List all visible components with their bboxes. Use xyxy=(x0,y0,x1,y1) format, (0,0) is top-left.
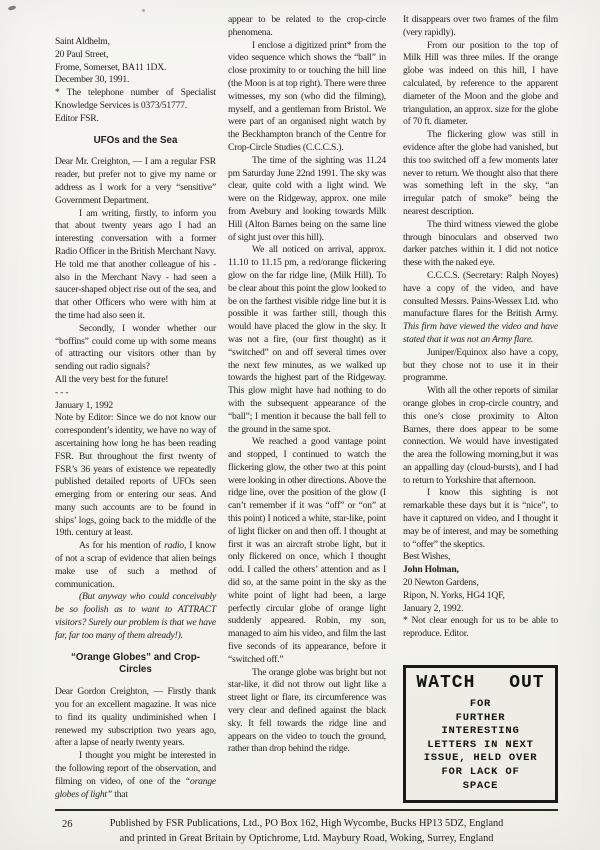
text-run: Saint Aldhelm, xyxy=(55,36,110,47)
text-line: January 1, 1992 xyxy=(55,400,216,413)
text-run: It disappears over two frames of the fil… xyxy=(403,14,558,38)
paragraph: I thought you might be interested in the… xyxy=(55,750,216,801)
text-run: - - - xyxy=(55,387,68,398)
paragraph: The time of the sighting was 11.24 pm Sa… xyxy=(228,155,386,245)
text-run: January 1, 1992 xyxy=(55,400,113,411)
footer: Published by FSR Publications, Ltd., PO … xyxy=(55,816,558,846)
text-run: Best Wishes, xyxy=(403,551,450,562)
text-line: Ripon, N. Yorks, HG4 1QF, xyxy=(403,590,558,603)
section-heading: UFOs and the Sea xyxy=(55,135,216,148)
text-run: December 30, 1991. xyxy=(55,74,129,85)
text-line: Best Wishes, xyxy=(403,551,558,564)
text-run: With all the other reports of similar or… xyxy=(403,385,558,486)
text-run: The orange globe was bright but not star… xyxy=(228,667,386,755)
scan-speck xyxy=(8,5,17,11)
text-line: All the very best for the future! xyxy=(55,374,216,387)
text-run: Ripon, N. Yorks, HG4 1QF, xyxy=(403,590,505,601)
text-line: 20 Paul Street, xyxy=(55,49,216,62)
text-run: Frome, Somerset, BA11 1DX. xyxy=(55,62,166,73)
watch-out-line: SPACE xyxy=(409,780,552,794)
text-run: Secondly, I wonder whether our “boffins”… xyxy=(55,323,216,372)
text-run: We all noticed on arrival, approx. 11.10… xyxy=(228,244,386,434)
text-run: 20 Paul Street, xyxy=(55,49,108,60)
paragraph: appear to be related to the crop-circle … xyxy=(228,14,386,40)
footer-rule xyxy=(55,809,558,811)
text-run: radio xyxy=(164,540,184,551)
paragraph: Juniper/Equinox also have a copy, but th… xyxy=(403,347,558,385)
letters-column-2: appear to be related to the crop-circle … xyxy=(228,14,386,756)
text-run: “Orange Globes” and Crop-Circles xyxy=(71,652,200,676)
text-run: We reached a good vantage point and stop… xyxy=(228,436,386,665)
paragraph: C.C.C.S. (Secretary: Ralph Noyes) have a… xyxy=(403,270,558,347)
text-run: January 2, 1992. xyxy=(403,603,463,614)
letters-column-1: Saint Aldhelm,20 Paul Street,Frome, Some… xyxy=(55,36,216,801)
paragraph: It disappears over two frames of the fil… xyxy=(403,14,558,40)
watch-out-line: ISSUE, HELD OVER xyxy=(409,752,552,766)
text-run: that xyxy=(112,789,128,800)
text-run: * The telephone number of Specialist Kno… xyxy=(55,87,216,111)
text-run: (But anyway who could conceivably be so … xyxy=(55,591,216,640)
magazine-page: Saint Aldhelm,20 Paul Street,Frome, Some… xyxy=(0,0,600,850)
paragraph: * Not clear enough for us to be able to … xyxy=(403,615,558,641)
text-line: John Holman, xyxy=(403,564,558,577)
watch-out-lines: FORFURTHERINTERESTINGLETTERS IN NEXTISSU… xyxy=(409,698,552,793)
text-line: Frome, Somerset, BA11 1DX. xyxy=(55,62,216,75)
text-run: This firm have viewed the video and have… xyxy=(403,321,558,345)
text-line: 20 Newton Gardens, xyxy=(403,577,558,590)
text-line: December 30, 1991. xyxy=(55,74,216,87)
watch-out-line: LETTERS IN NEXT xyxy=(409,739,552,753)
watch-out-title: WATCH OUT xyxy=(409,673,552,693)
paragraph: Dear Gordon Creighton, — Firstly thank y… xyxy=(55,686,216,750)
text-run: The time of the sighting was 11.24 pm Sa… xyxy=(228,155,386,243)
paragraph: I know this sighting is not remarkable t… xyxy=(403,487,558,551)
text-run: I know this sighting is not remarkable t… xyxy=(403,487,558,549)
text-run: Juniper/Equinox also have a copy, but th… xyxy=(403,347,558,384)
paragraph: I enclose a digitized print* from the vi… xyxy=(228,40,386,155)
paragraph: We reached a good vantage point and stop… xyxy=(228,436,386,666)
paragraph: We all noticed on arrival, approx. 11.10… xyxy=(228,244,386,436)
text-run: The third witness viewed the globe throu… xyxy=(403,219,558,268)
paragraph: From our position to the top of Milk Hil… xyxy=(403,40,558,130)
text-line: January 2, 1992. xyxy=(403,603,558,616)
scan-speck xyxy=(142,9,145,12)
text-run: * Not clear enough for us to be able to … xyxy=(403,615,558,639)
section-heading: “Orange Globes” and Crop-Circles xyxy=(55,652,216,678)
text-run: As for his mention of xyxy=(79,540,164,551)
paragraph: With all the other reports of similar or… xyxy=(403,385,558,487)
text-run: From our position to the top of Milk Hil… xyxy=(403,40,558,128)
text-line: - - - xyxy=(55,387,216,400)
text-run: I enclose a digitized print* from the vi… xyxy=(228,40,386,153)
text-line: Editor FSR. xyxy=(55,113,216,126)
imprint-line-2: and printed in Great Britain by Optichro… xyxy=(55,831,558,846)
text-run: All the very best for the future! xyxy=(55,374,168,385)
paragraph: * The telephone number of Specialist Kno… xyxy=(55,87,216,113)
paragraph: The orange globe was bright but not star… xyxy=(228,667,386,757)
text-run: 20 Newton Gardens, xyxy=(403,577,479,588)
paragraph: Dear Mr. Creighton, — I am a regular FSR… xyxy=(55,156,216,207)
text-run: John Holman, xyxy=(403,564,459,575)
text-run: appear to be related to the crop-circle … xyxy=(228,14,386,38)
watch-out-line: FURTHER xyxy=(409,712,552,726)
text-run: Editor FSR. xyxy=(55,113,99,124)
paragraph: Note by Editor: Since we do not know our… xyxy=(55,412,216,540)
text-run: Note by Editor: Since we do not know our… xyxy=(55,412,216,538)
text-run: The flickering glow was still in evidenc… xyxy=(403,129,558,217)
letters-column-3: It disappears over two frames of the fil… xyxy=(403,14,558,641)
text-run: C.C.C.S. (Secretary: Ralph Noyes) have a… xyxy=(403,270,558,319)
text-run: UFOs and the Sea xyxy=(94,135,178,146)
text-run: Dear Mr. Creighton, — I am a regular FSR… xyxy=(55,156,216,205)
paragraph: I am writing, firstly, to inform you tha… xyxy=(55,208,216,323)
paragraph: The third witness viewed the globe throu… xyxy=(403,219,558,270)
paragraph: As for his mention of radio, I know of n… xyxy=(55,540,216,591)
watch-out-line: FOR xyxy=(409,698,552,712)
paragraph: Secondly, I wonder whether our “boffins”… xyxy=(55,323,216,374)
paragraph: (But anyway who could conceivably be so … xyxy=(55,591,216,642)
text-run: I am writing, firstly, to inform you tha… xyxy=(55,208,216,321)
paragraph: The flickering glow was still in evidenc… xyxy=(403,129,558,219)
watch-out-line: FOR LACK OF xyxy=(409,766,552,780)
watch-out-box: WATCH OUT FORFURTHERINTERESTINGLETTERS I… xyxy=(403,665,558,803)
watch-out-line: INTERESTING xyxy=(409,725,552,739)
text-line: Saint Aldhelm, xyxy=(55,36,216,49)
imprint-line-1: Published by FSR Publications, Ltd., PO … xyxy=(55,816,558,831)
text-run: Dear Gordon Creighton, — Firstly thank y… xyxy=(55,686,216,748)
